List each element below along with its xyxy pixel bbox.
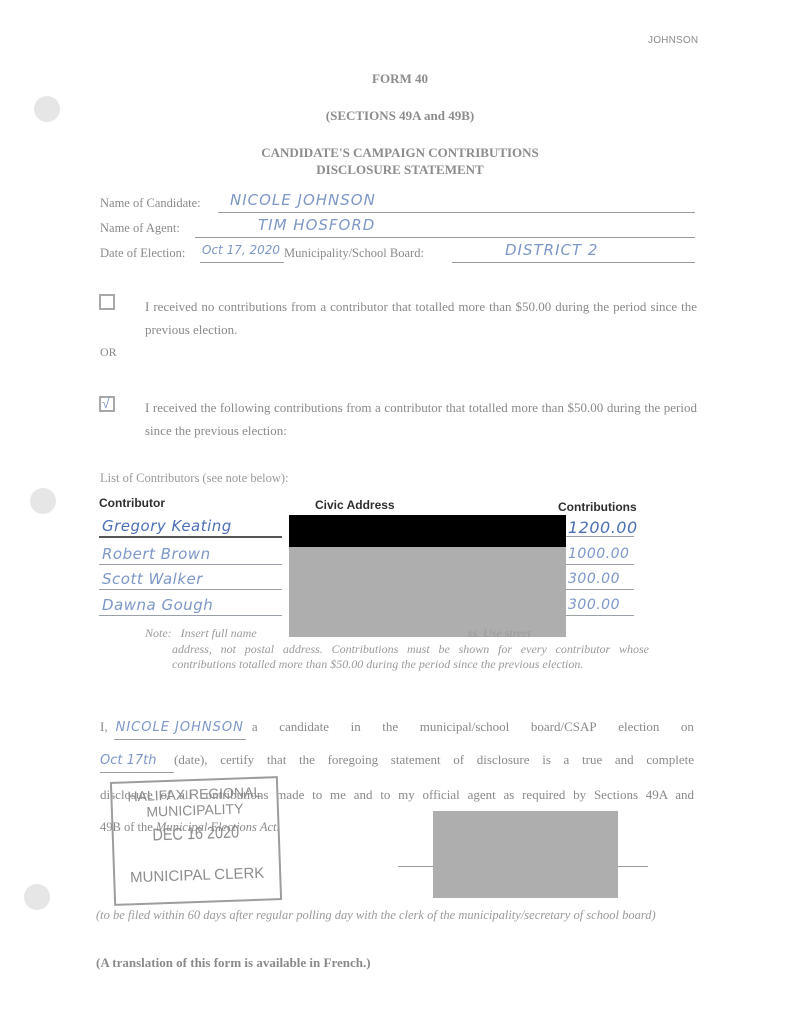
certification-word: election [618, 715, 659, 738]
note-prefix: Note: [145, 626, 172, 640]
agent-label: Name of Agent: [100, 221, 180, 236]
certification-word: municipal/school [420, 715, 510, 738]
certification-name-field[interactable]: NICOLE JOHNSON [114, 716, 246, 740]
certification-line2: Oct 17th (date), certify that the forego… [100, 748, 694, 773]
certification-date-field[interactable]: Oct 17th [100, 749, 174, 773]
stamp-line4: MUNICIPAL CLERK [115, 865, 279, 886]
contribution-amount: 300.00 [568, 597, 620, 613]
hole-punch [30, 488, 56, 514]
contributor-name: Robert Brown [102, 545, 211, 563]
signature-redaction [433, 811, 618, 898]
column-header-contributions: Contributions [558, 500, 637, 514]
form-title-line1: CANDIDATE'S CAMPAIGN CONTRIBUTIONS [0, 145, 791, 161]
column-header-civic-address: Civic Address [315, 498, 395, 512]
form-sections: (SECTIONS 49A and 49B) [0, 108, 791, 124]
stamp-date: DEC 16 2020 [126, 823, 266, 845]
election-date-field[interactable]: Oct 17, 2020 [202, 243, 280, 257]
contribution-row-line [566, 615, 634, 616]
contributors-note: Note: Insert full name ss. Use street [145, 626, 648, 641]
contributors-list-label: List of Contributors (see note below): [100, 471, 289, 486]
certification-prefix: I, [100, 715, 108, 738]
agent-underline [195, 237, 695, 238]
certification-word: candidate [279, 715, 329, 738]
no-contributions-text: I received no contributions from a contr… [145, 295, 697, 341]
candidate-underline [218, 212, 695, 213]
no-contributions-checkbox[interactable] [99, 294, 115, 310]
municipality-underline [452, 262, 695, 263]
certification-text2: (date), certify that the foregoing state… [174, 748, 694, 771]
redaction-block [289, 547, 566, 637]
contribution-row-line [566, 589, 634, 590]
contributions-received-checkbox[interactable]: √ [99, 396, 115, 412]
note-start: Insert full name [181, 626, 257, 640]
contributor-name: Scott Walker [102, 570, 203, 588]
or-label: OR [100, 345, 117, 360]
certification-word: on [681, 715, 694, 738]
contribution-row-line [566, 564, 634, 565]
contributor-name: Gregory Keating [102, 517, 232, 535]
contribution-amount: 300.00 [568, 571, 620, 587]
municipality-field[interactable]: DISTRICT 2 [505, 241, 598, 259]
contributors-note-rest: address, not postal address. Contributio… [172, 642, 649, 672]
translation-note: (A translation of this form is available… [96, 955, 371, 971]
check-mark-icon: √ [102, 395, 110, 412]
filing-note: (to be filed within 60 days after regula… [96, 904, 694, 926]
contribution-row-line [566, 536, 634, 537]
certification-word: in [351, 715, 361, 738]
election-date-underline [200, 262, 284, 263]
contribution-amount: 1200.00 [568, 518, 638, 537]
certification-word: board/CSAP [531, 715, 597, 738]
contributor-name: Dawna Gough [102, 596, 213, 614]
received-stamp: HALIFAX REGIONAL MUNICIPALITY DEC 16 202… [110, 776, 282, 906]
file-reference: JOHNSON [648, 35, 698, 46]
contributor-row-line [99, 564, 282, 565]
candidate-label: Name of Candidate: [100, 196, 201, 211]
election-date-label: Date of Election: [100, 246, 185, 261]
contributor-row-line [99, 615, 282, 616]
note-end: ss. Use street [468, 626, 531, 640]
certification-word: the [382, 715, 398, 738]
agent-field[interactable]: TIM HOSFORD [258, 216, 375, 234]
contributor-row-line [99, 536, 282, 538]
candidate-field[interactable]: NICOLE JOHNSON [230, 191, 376, 209]
certification-line1: I, NICOLE JOHNSON acandidateinthemunicip… [100, 715, 694, 740]
contributor-row-line [99, 589, 282, 590]
form-title-line2: DISCLOSURE STATEMENT [0, 162, 791, 178]
contribution-amount: 1000.00 [568, 546, 629, 562]
contributions-received-text: I received the following contributions f… [145, 396, 697, 442]
column-header-contributor: Contributor [99, 496, 165, 510]
certification-text1: acandidateinthemunicipal/schoolboard/CSA… [252, 715, 694, 738]
municipality-label: Municipality/School Board: [284, 246, 424, 261]
redaction-block [289, 515, 566, 547]
certification-word: a [252, 715, 258, 738]
form-number: FORM 40 [0, 71, 791, 87]
hole-punch [24, 884, 50, 910]
